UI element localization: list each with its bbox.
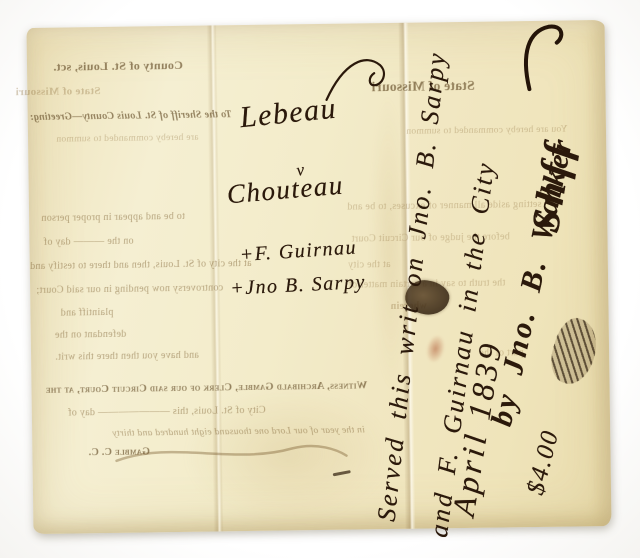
printed-city-line: at the city of St. Louis, then and there…: [30, 258, 252, 272]
printed-county-heading: County of St. Louis, sct.: [53, 58, 183, 75]
service-return-fee-note: $4.00: [522, 427, 565, 498]
aged-paper-sheet: County of St. Louis, sct. State of Misso…: [26, 20, 611, 534]
printed-city-this-line: City of St. Louis, this ——————— day of: [68, 405, 266, 419]
printed-setting-line: setting aside all manner of excuses, to …: [347, 199, 542, 213]
printed-state-heading-faint: State of Missouri: [15, 85, 100, 98]
printed-summon-line-left: are hereby commanded to summon: [56, 133, 199, 145]
ink-hook-stroke: [518, 22, 569, 95]
printed-controversy-line: controversy now pending in our said Cour…: [36, 282, 223, 296]
printed-witness-line: Witness, Archibald Gamble, Clerk of our …: [45, 380, 367, 395]
handwritten-witness-sarpy: +Jno B. Sarpy: [230, 271, 367, 301]
red-wax-stain: [424, 334, 447, 364]
service-return-sheriff-abbrev: Shff: [521, 135, 582, 236]
printed-defendant-line: defendant on the: [55, 329, 127, 341]
printed-appear-line: to be and appear in proper person: [41, 211, 185, 224]
printed-sheriff-greeting-line: To the Sheriff of St. Louis County—Greet…: [30, 109, 232, 123]
printed-writ-line: and have you then there this writ.: [55, 350, 199, 363]
printed-plaintiff-line: plaintiff and: [60, 307, 113, 319]
stray-ink-dash: [333, 470, 351, 476]
handwritten-defendant-name: Chouteau: [226, 170, 345, 211]
printed-day-line: on the ——— day of: [43, 236, 133, 248]
handwritten-witness-guirnau: +F. Guirnau: [239, 236, 358, 267]
scanned-document-page: { "document_title": "Subpoena verso — Ci…: [0, 0, 640, 558]
printed-city-fragment: at the city: [348, 259, 391, 271]
printed-signature-flourish: [112, 436, 352, 469]
ink-scribble-blot: [544, 314, 604, 389]
handwritten-plaintiff-name: Lebeau: [238, 92, 338, 136]
